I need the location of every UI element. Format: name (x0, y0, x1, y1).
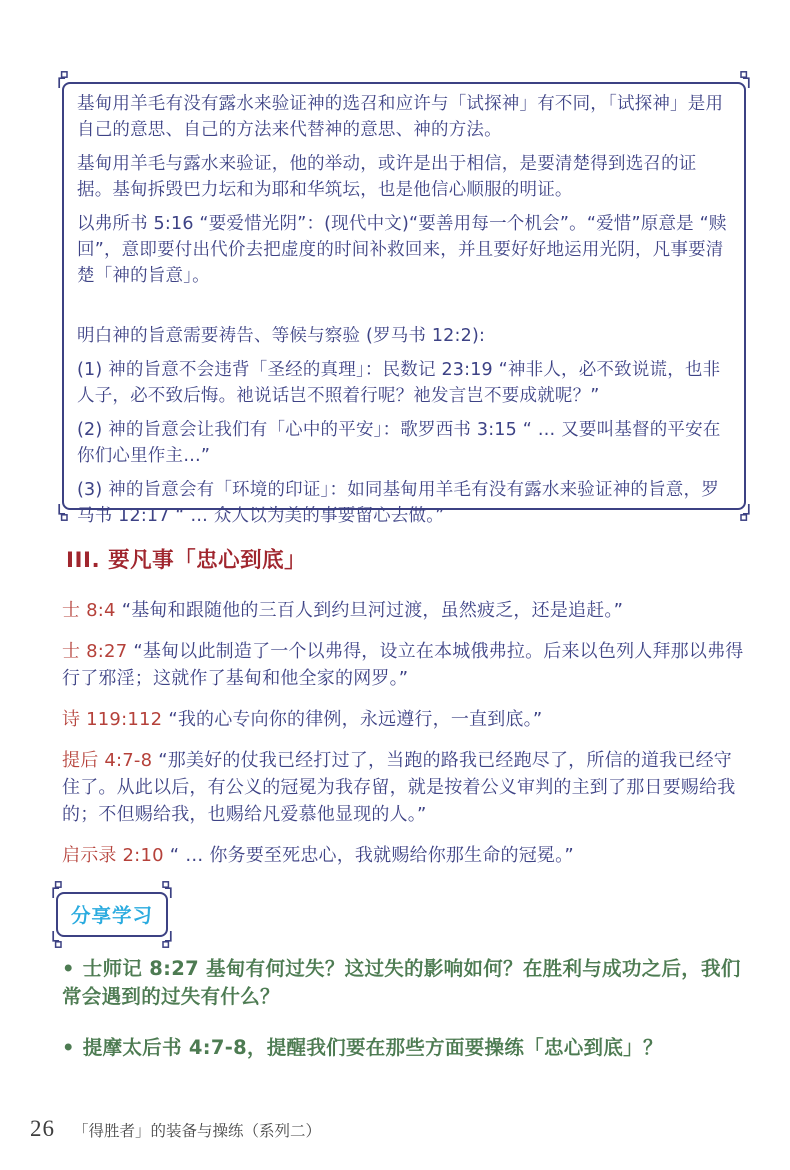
scripture-text: “那美好的仗我已经打过了，当跑的路我已经跑尽了，所信的道我已经守住了。从此以后，… (62, 750, 735, 825)
scripture-reference: 士 8:4 (62, 600, 116, 621)
scripture-text: “ … 你务要至死忠心，我就赐给你那生命的冠冕。” (170, 845, 574, 866)
scripture-item: 提后 4:7-8“那美好的仗我已经打过了，当跑的路我已经跑尽了，所信的道我已经守… (62, 747, 748, 828)
share-learning-box: 分享学习 (56, 892, 168, 937)
scripture-text: “基甸和跟随他的三百人到约旦河过渡，虽然疲乏，还是追赶。” (122, 600, 623, 621)
bullet-icon: • (62, 957, 75, 980)
summary-box: 基甸用羊毛有没有露水来验证神的选召和应许与「试探神」有不同，「试探神」是用自己的… (62, 82, 746, 510)
scripture-text: “我的心专向你的律例，永远遵行，一直到底。” (168, 709, 542, 730)
share-learning-label: 分享学习 (71, 904, 153, 927)
page-number: 26 (30, 1116, 55, 1142)
corner-ornament-icon (156, 931, 173, 948)
scripture-item: 启示录 2:10“ … 你务要至死忠心，我就赐给你那生命的冠冕。” (62, 842, 748, 869)
corner-ornament-icon (156, 881, 173, 898)
question-text: 士师记 8:27 基甸有何过失？这过失的影响如何？在胜利与成功之后，我们常会遇到… (62, 957, 741, 1008)
corner-ornament-icon (734, 504, 751, 521)
question-item: •士师记 8:27 基甸有何过失？这过失的影响如何？在胜利与成功之后，我们常会遇… (62, 955, 748, 1011)
scripture-text: “基甸以此制造了一个以弗得，设立在本城俄弗拉。后来以色列人拜那以弗得行了邪淫；这… (62, 641, 743, 689)
corner-ornament-icon (51, 881, 68, 898)
scripture-item: 士 8:27“基甸以此制造了一个以弗得，设立在本城俄弗拉。后来以色列人拜那以弗得… (62, 638, 748, 692)
document-page: 基甸用羊毛有没有露水来验证神的选召和应许与「试探神」有不同，「试探神」是用自己的… (0, 0, 790, 1170)
corner-ornament-icon (57, 71, 74, 88)
summary-paragraph: 基甸用羊毛有没有露水来验证神的选召和应许与「试探神」有不同，「试探神」是用自己的… (77, 91, 730, 143)
scripture-reference: 士 8:27 (62, 641, 127, 662)
scripture-item: 士 8:4“基甸和跟随他的三百人到约旦河过渡，虽然疲乏，还是追赶。” (62, 597, 748, 624)
question-list: •士师记 8:27 基甸有何过失？这过失的影响如何？在胜利与成功之后，我们常会遇… (62, 955, 748, 1085)
summary-paragraph: 明白神的旨意需要祷告、等候与察验 (罗马书 12:2): (77, 323, 730, 349)
bullet-icon: • (62, 1036, 75, 1059)
question-text: 提摩太后书 4:7-8，提醒我们要在那些方面要操练「忠心到底」？ (83, 1036, 663, 1059)
scripture-reference: 提后 4:7-8 (62, 750, 152, 771)
section-heading: III. 要凡事「忠心到底」 (66, 543, 306, 574)
corner-ornament-icon (57, 504, 74, 521)
summary-paragraph: (3) 神的旨意会有「环境的印证」：如同基甸用羊毛有没有露水来验证神的旨意，罗马… (77, 477, 730, 529)
summary-paragraph: (2) 神的旨意会让我们有「心中的平安」：歌罗西书 3:15 “ … 又要叫基督… (77, 417, 730, 469)
scripture-item: 诗 119:112“我的心专向你的律例，永远遵行，一直到底。” (62, 706, 748, 733)
scripture-reference: 启示录 2:10 (62, 845, 164, 866)
page-footer: 26 「得胜者」的装备与操练（系列二） (30, 1116, 750, 1142)
book-title: 「得胜者」的装备与操练（系列二） (73, 1119, 321, 1141)
scripture-reference: 诗 119:112 (62, 709, 162, 730)
summary-paragraph: 以弗所书 5:16 “要爱惜光阴”：(现代中文)“要善用每一个机会”。“爱惜”原… (77, 211, 730, 289)
corner-ornament-icon (734, 71, 751, 88)
summary-paragraph: 基甸用羊毛与露水来验证，他的举动，或许是出于相信，是要清楚得到选召的证据。基甸拆… (77, 151, 730, 203)
summary-paragraph: (1) 神的旨意不会违背「圣经的真理」：民数记 23:19 “神非人，必不致说谎… (77, 357, 730, 409)
corner-ornament-icon (51, 931, 68, 948)
scripture-list: 士 8:4“基甸和跟随他的三百人到约旦河过渡，虽然疲乏，还是追赶。” 士 8:2… (62, 597, 748, 883)
question-item: •提摩太后书 4:7-8，提醒我们要在那些方面要操练「忠心到底」？ (62, 1034, 748, 1062)
